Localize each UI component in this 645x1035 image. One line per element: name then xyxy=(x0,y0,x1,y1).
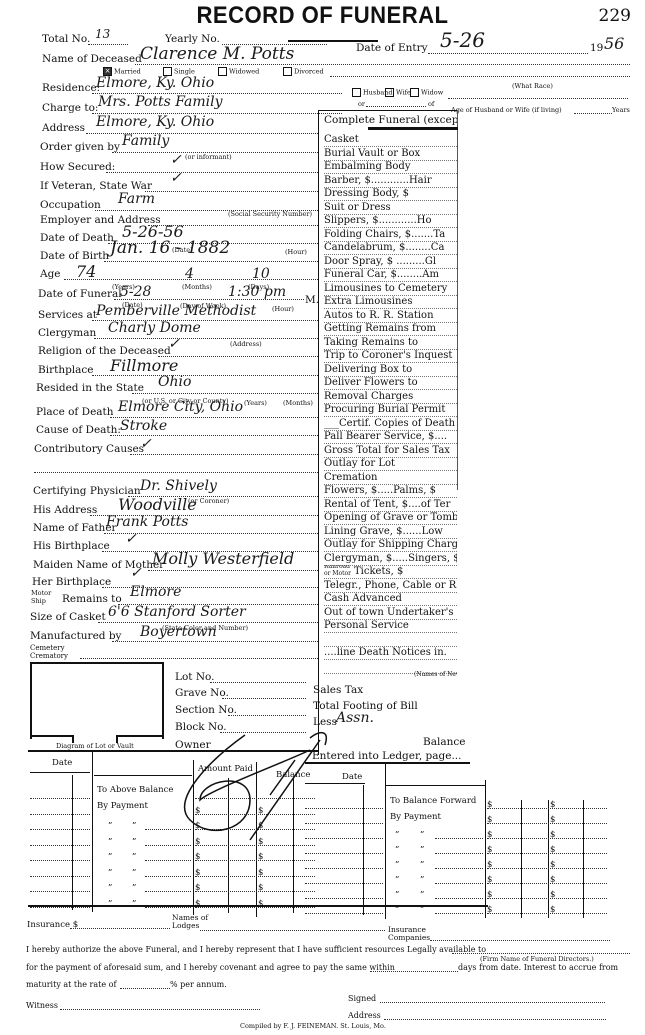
m-suffix: M. xyxy=(305,294,319,306)
right-by-payment-label: By Payment xyxy=(390,812,441,822)
what-race-note: (What Race) xyxy=(512,82,553,90)
page-title: RECORD OF FUNERAL xyxy=(26,2,619,30)
charge-item: ___Certif. Copies of Death C xyxy=(324,417,457,431)
ship-label: Ship xyxy=(31,597,46,605)
firm-note: (Firm Name of Funeral Directors.) xyxy=(480,955,594,963)
charge-item: Personal Service xyxy=(324,619,457,633)
or-label: or xyxy=(358,100,365,108)
maiden-name-of-mother-label: Maiden Name of Mother xyxy=(33,559,164,571)
total-no-value[interactable]: 13 xyxy=(95,27,110,41)
informant-note: (or informant) xyxy=(185,153,232,161)
cause-of-death-label: Cause of Death: xyxy=(36,424,121,436)
ditto-mark: ” xyxy=(108,821,112,831)
ditto-mark: ” xyxy=(132,899,136,909)
left-by-payment-label: By Payment xyxy=(97,801,148,811)
her-birthplace-value[interactable]: ✓ xyxy=(130,565,142,581)
size-of-casket-value[interactable]: 6'6 Stanford Sorter xyxy=(108,604,246,620)
resided-in-state-value[interactable]: Ohio xyxy=(158,374,191,390)
per-annum: % per annum. xyxy=(170,980,227,989)
date-of-funeral-value[interactable]: 5-28 xyxy=(120,284,151,300)
remains-to-value[interactable]: Elmore xyxy=(130,584,181,600)
residence-value[interactable]: Elmore, Ky. Ohio xyxy=(96,75,214,91)
date-of-birth-value[interactable]: Jan. 16 - 1882 xyxy=(110,238,230,258)
charge-to-value[interactable]: Mrs. Potts Family xyxy=(98,94,223,110)
charge-item: Extra Limousines xyxy=(324,295,457,309)
charge-to-label: Charge to: xyxy=(42,102,98,114)
date-of-birth-label: Date of Birth xyxy=(40,250,109,262)
charge-item: Casket xyxy=(324,133,457,147)
veteran-value[interactable]: ✓ xyxy=(170,170,182,186)
date-of-entry-value[interactable]: 5-26 xyxy=(440,28,485,52)
lot-diagram-box xyxy=(30,662,164,739)
address-value[interactable]: Elmore, Ky. Ohio xyxy=(96,114,214,130)
charge-item: Limousines to Cemetery xyxy=(324,282,457,296)
name-of-deceased-value[interactable]: Clarence M. Potts xyxy=(140,44,294,64)
of-label: of xyxy=(428,100,434,108)
cemetery-label: Cemetery xyxy=(30,644,65,652)
panel-border xyxy=(318,110,319,755)
charges-header-underline xyxy=(368,127,458,130)
charge-item: Delivering Box to xyxy=(324,363,457,377)
clergyman-value[interactable]: Charly Dome xyxy=(108,320,201,336)
date-of-entry-label: Date of Entry xyxy=(356,42,428,54)
charge-item: Removal Charges xyxy=(324,390,457,404)
charge-item: Dressing Body, $ xyxy=(324,187,457,201)
total-no-label: Total No. xyxy=(42,33,90,45)
charge-item: ....line Death Notices in. xyxy=(324,646,457,660)
ditto-mark: ” xyxy=(420,845,424,855)
resided-note-2: (Years) xyxy=(244,399,267,407)
his-address-value[interactable]: Woodville xyxy=(118,495,197,514)
funeral-time[interactable]: 1:30 pm xyxy=(228,284,286,300)
year-value[interactable]: 56 xyxy=(604,34,624,53)
services-at-value[interactable]: Pemberville Methodist xyxy=(96,303,256,319)
maturity-line: maturity at the rate of xyxy=(26,980,116,989)
clergyman-label: Clergyman xyxy=(38,327,96,339)
witness-label: Witness xyxy=(26,1001,58,1010)
his-birthplace-label: His Birthplace xyxy=(33,540,110,552)
marital-widowed[interactable]: Widowed xyxy=(218,67,259,76)
ditto-mark: ” xyxy=(395,830,399,840)
name-of-deceased-label: Name of Deceased xyxy=(42,53,142,65)
charge-item: Taking Remains to xyxy=(324,336,457,350)
charge-item: Autos to R. R. Station xyxy=(324,309,457,323)
years-suffix: Years xyxy=(612,106,630,114)
occupation-label: Occupation xyxy=(40,199,101,211)
payment-line: for the payment of aforesaid sum, and I … xyxy=(26,963,395,972)
charge-item: Cash Advanced xyxy=(324,592,457,606)
ditto-mark: ” xyxy=(395,860,399,870)
resided-note-3: (Months) xyxy=(283,399,313,407)
spouse-wife[interactable]: Wife xyxy=(385,88,411,97)
ditto-mark: ” xyxy=(108,883,112,893)
charges-list: CasketBurial Vault or BoxEmbalming BodyB… xyxy=(324,133,457,683)
compiled-by: Compiled by F. J. FEINEMAN. St. Louis, M… xyxy=(240,1022,386,1030)
charge-item: Pall Bearer Service, $.... xyxy=(324,430,457,444)
age-months[interactable]: 4 xyxy=(185,266,194,282)
how-secured-label: How Secured: xyxy=(40,161,115,173)
address-label: Address xyxy=(42,122,85,134)
funeral-hour-note: (Hour) xyxy=(272,305,294,313)
manufactured-by-label: Manufactured by xyxy=(30,630,122,642)
ditto-mark: ” xyxy=(108,899,112,909)
ditto-mark: ” xyxy=(132,821,136,831)
grave-no-label: Grave No. xyxy=(175,687,229,699)
ditto-mark: ” xyxy=(132,868,136,878)
religion-value[interactable]: ✓ xyxy=(168,336,180,352)
size-of-casket-label: Size of Casket xyxy=(30,611,106,623)
charge-item: Barber, $............Hair xyxy=(324,174,457,188)
charge-item: Slippers, $............Ho xyxy=(324,214,457,228)
charge-item: Out of town Undertaker's xyxy=(324,606,457,620)
name-of-father-value[interactable]: Frank Potts xyxy=(106,514,188,530)
order-given-by-value[interactable]: Family xyxy=(122,133,169,149)
lot-no-label: Lot No. xyxy=(175,671,215,683)
charge-item: Funeral Car, $........Am xyxy=(324,268,457,282)
place-of-death-label: Place of Death xyxy=(36,406,114,418)
charge-item: Embalming Body xyxy=(324,160,457,174)
charge-item: Suit or Dress xyxy=(324,201,457,215)
ditto-mark: ” xyxy=(395,875,399,885)
his-birthplace-value[interactable]: ✓ xyxy=(125,531,137,547)
ditto-mark: ” xyxy=(420,830,424,840)
age-of-spouse-label: Age of Husband or Wife (if living) xyxy=(451,106,562,114)
date-of-funeral-label: Date of Funeral xyxy=(38,288,122,300)
signed-label: Signed xyxy=(348,994,376,1003)
age-years[interactable]: 74 xyxy=(76,262,96,281)
services-at-label: Services at xyxy=(38,309,97,321)
diagram-label: Diagram of Lot or Vault xyxy=(56,742,134,750)
charge-item: Cremation xyxy=(324,471,457,485)
ditto-mark: ” xyxy=(395,890,399,900)
companies-bottom: Companies xyxy=(388,933,430,942)
place-of-death-value[interactable]: Elmore City, Ohio xyxy=(118,399,243,415)
crematory-label: Crematory xyxy=(30,652,68,660)
to-above-balance-label: To Above Balance xyxy=(97,785,173,795)
ditto-mark: ” xyxy=(108,837,112,847)
news-note: (Names of News xyxy=(414,671,457,678)
charge-item: Door Spray, $ .........Gl xyxy=(324,255,457,269)
occupation-value[interactable]: Farm xyxy=(118,191,155,207)
marital-divorced[interactable]: Divorced xyxy=(283,67,324,76)
clergy-address-note: (Address) xyxy=(230,340,262,348)
ssn-note: (Social Security Number) xyxy=(228,210,312,218)
cause-of-death-value[interactable]: Stroke xyxy=(120,418,167,434)
signer-address-label: Address xyxy=(348,1011,381,1020)
contributory-causes-label: Contributory Causes xyxy=(34,443,144,455)
ditto-mark: ” xyxy=(420,890,424,900)
certifying-physician-value[interactable]: Dr. Shively xyxy=(140,478,217,494)
ditto-mark: ” xyxy=(420,860,424,870)
charge-item: Outlay for Lot xyxy=(324,457,457,471)
ditto-mark: ” xyxy=(132,883,136,893)
charge-item: Flowers, $.....Palms, $ xyxy=(324,484,457,498)
how-secured-value[interactable]: ✓ xyxy=(170,152,182,168)
motor-label: Motor xyxy=(31,589,51,597)
ditto-mark: ” xyxy=(132,837,136,847)
resided-in-state-label: Resided in the State xyxy=(36,382,144,394)
manufactured-by-value[interactable]: Boyertown xyxy=(140,624,217,640)
to-balance-forward-label: To Balance Forward xyxy=(390,796,476,806)
order-given-by-label: Order given by xyxy=(40,141,120,153)
age-days[interactable]: 10 xyxy=(252,266,270,282)
charge-item: Getting Remains from xyxy=(324,322,457,336)
left-date-header: Date xyxy=(52,758,72,768)
charge-item: Rental of Tent, $....of Ter xyxy=(324,498,457,512)
date-of-death-label: Date of Death xyxy=(40,232,114,244)
spouse-widow[interactable]: Widow xyxy=(410,88,443,97)
birthplace-label: Birthplace xyxy=(38,364,94,376)
charge-item: Burial Vault or Box xyxy=(324,147,457,161)
charge-item xyxy=(324,633,457,647)
year-prefix: 19 xyxy=(590,42,603,54)
charge-item: Procuring Burial Permit xyxy=(324,403,457,417)
sales-tax-label: Sales Tax xyxy=(313,684,363,696)
balance-label: Balance xyxy=(423,736,465,748)
hour-note: (Hour) xyxy=(285,248,307,256)
ditto-mark: ” xyxy=(108,852,112,862)
page-number: 229 xyxy=(599,6,631,26)
ditto-mark: ” xyxy=(395,845,399,855)
charge-item: Opening of Grave or Tomb xyxy=(324,511,457,525)
lodges-bottom: Lodges xyxy=(172,921,199,930)
birthplace-value[interactable]: Fillmore xyxy=(110,356,178,375)
charge-item: Outlay for Shipping Charg xyxy=(324,538,457,552)
his-address-label: His Address xyxy=(33,504,97,516)
charge-item: Clergyman, $.....Singers, $ xyxy=(324,552,457,566)
charge-item: Lining Grave, $......Low xyxy=(324,525,457,539)
authorize-line: I hereby authorize the above Funeral, an… xyxy=(26,945,486,954)
days-from-date: days from date. Interest to accrue from xyxy=(458,963,618,972)
charge-item: Telegr., Phone, Cable or Ra xyxy=(324,579,457,593)
charge-item: Candelabrum, $........Ca xyxy=(324,241,457,255)
charge-item: Gross Total for Sales Tax xyxy=(324,444,457,458)
age-label: Age xyxy=(40,268,61,280)
charges-header: Complete Funeral (except ot xyxy=(324,114,457,126)
months-note: (Months) xyxy=(182,283,212,291)
charge-item: Tickets, $Railroador Motor xyxy=(324,565,457,579)
her-birthplace-label: Her Birthplace xyxy=(32,576,111,588)
charge-item: Deliver Flowers to xyxy=(324,376,457,390)
charge-item: Trip to Coroner's Inquest xyxy=(324,349,457,363)
ditto-mark: ” xyxy=(420,875,424,885)
signature-scribble xyxy=(170,720,370,850)
ditto-mark: ” xyxy=(132,852,136,862)
maiden-name-of-mother-value[interactable]: Molly Westerfield xyxy=(152,549,294,568)
ditto-mark: ” xyxy=(108,868,112,878)
contributory-causes-value[interactable]: ✓ xyxy=(140,436,152,452)
charge-item: Folding Chairs, $.......Ta xyxy=(324,228,457,242)
